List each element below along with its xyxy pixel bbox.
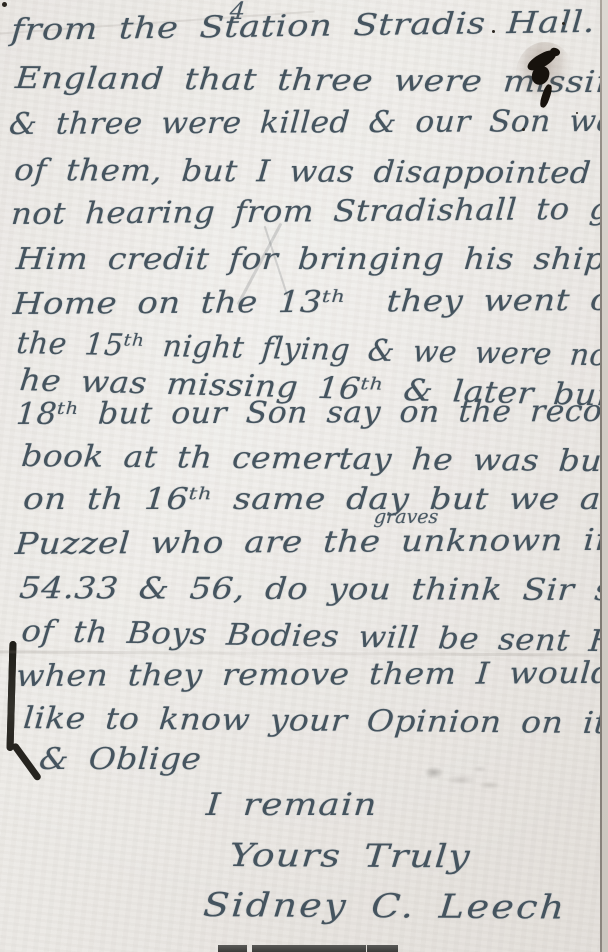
bottom-edge-mark [252,945,366,952]
letter-line-10: 18ᵗʰ but our Son say on the record [15,395,608,432]
ink-speck [522,128,525,131]
ink-speck [492,30,495,33]
letter-line-6: Him credit for bringing his ship [15,243,606,277]
letter-line-13: Puzzel who are the unknown in [14,524,608,562]
letter-line-4: of them, but I was disappointed some [13,154,608,192]
letter-page: from the Station Stradis Hall. England t… [0,0,608,952]
valediction-line: Yours Truly [228,838,472,873]
bottom-edge-mark [218,945,247,952]
letter-line-7: Home on the 13ᵗʰ they went out on [12,283,608,322]
letter-line-15: of th Boys Bodies will be sent Home [20,615,608,661]
smudge-mark [424,760,506,796]
letter-line-17: like to know your Opinion on it [22,702,608,741]
letter-line-16: when they remove them I would [15,657,608,694]
ink-blot [516,42,576,137]
ink-speck [2,2,7,7]
letter-line-11: book at th cemertay he was burried [20,440,608,480]
scan-edge-right-backing [602,0,608,952]
ink-speck [576,112,578,114]
page-number-annotation: 4 [229,0,246,22]
letter-line-5: not hearing from Stradishall to give [10,192,608,232]
letter-line-1: from the Station Stradis Hall. [10,6,596,48]
paper-right-edge [600,0,602,952]
closing-remain-line: I remain [205,788,379,822]
letter-line-18: & Oblige [38,743,203,777]
inserted-word-graves-annotation: graves [373,506,439,528]
ink-speck [562,22,565,25]
signature-line: Sidney C. Leech [202,888,568,925]
letter-line-12: on th 16ᵗʰ same day but we are [22,483,608,517]
letter-line-14: 54.33 & 56, do you think Sir some [18,572,608,608]
bottom-edge-mark [367,945,398,952]
